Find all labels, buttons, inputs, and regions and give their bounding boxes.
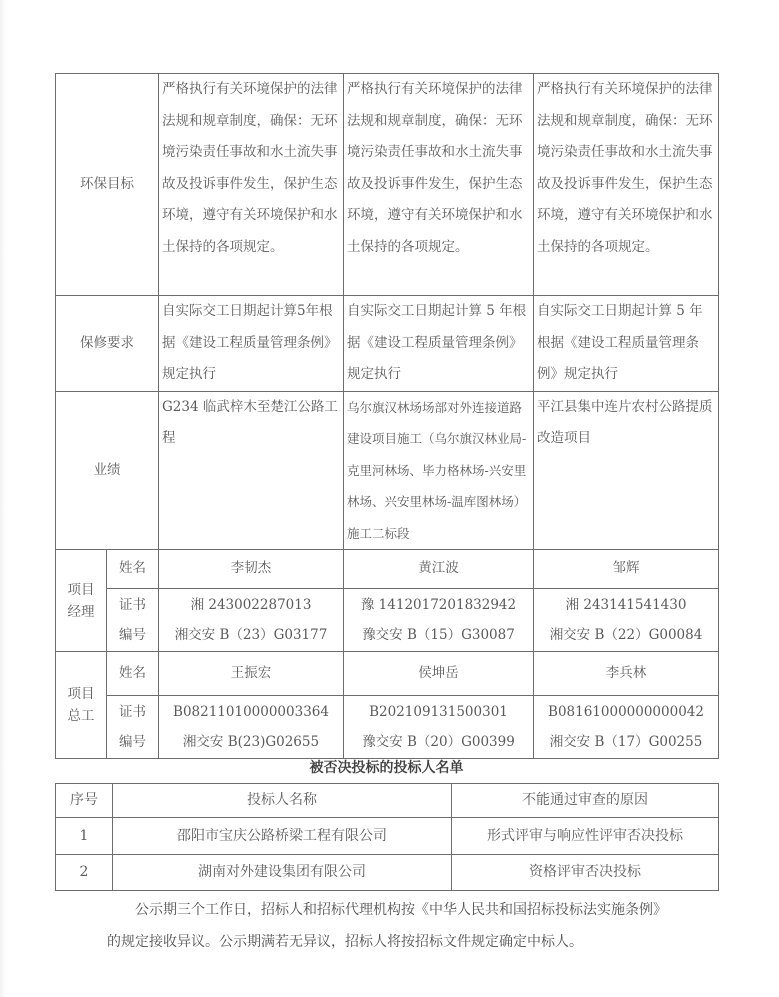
cert-number: 湘 243141541430 — [537, 590, 715, 620]
rejected-bidders-title: 被否决投标的投标人名单 — [55, 757, 718, 777]
header-reason: 不能通过审查的原因 — [452, 784, 719, 818]
label-line: 总工 — [59, 705, 103, 727]
label-line: 经理 — [59, 601, 103, 623]
name-label: 姓名 — [107, 550, 159, 589]
engineer-cert-2: B202109131500301 豫交安 B（20）G00399 — [344, 696, 534, 759]
header-no: 序号 — [56, 784, 113, 818]
manager-cert-3: 湘 243141541430 湘交安 B（22）G00084 — [534, 589, 719, 652]
row-reason: 形式评审与响应性评审否决投标 — [452, 818, 719, 855]
engineer-name-1: 王振宏 — [159, 652, 344, 696]
header-bidder-name: 投标人名称 — [113, 784, 452, 818]
row-label-performance: 业绩 — [56, 391, 159, 550]
maintenance-cell-2: 自实际交工日期起计算 5 年根据《建设工程质量管理条例》规定执行 — [344, 296, 534, 392]
row-reason: 资格评审否决投标 — [452, 855, 719, 891]
manager-name-1: 李韧杰 — [159, 550, 344, 589]
row-environment: 环保目标 严格执行有关环境保护的法律法规和规章制度，确保：无环境污染责任事故和水… — [56, 74, 719, 296]
row-maintenance: 保修要求 自实际交工日期起计算5年根据《建设工程质量管理条例》规定执行 自实际交… — [56, 296, 719, 392]
notice-paragraph: 公示期三个工作日，招标人和招标代理机构按《中华人民共和国招标投标法实施条例》的规… — [107, 894, 667, 958]
rejected-bidders-table: 序号 投标人名称 不能通过审查的原因 1 邵阳市宝庆公路桥梁工程有限公司 形式评… — [55, 783, 719, 891]
cert-number: B202109131500301 — [347, 697, 530, 727]
row-label-environment: 环保目标 — [56, 74, 159, 296]
row-no: 2 — [56, 855, 113, 891]
engineer-name-3: 李兵林 — [534, 652, 719, 696]
row-no: 1 — [56, 818, 113, 855]
engineer-name-2: 侯坤岳 — [344, 652, 534, 696]
header-row: 序号 投标人名称 不能通过审查的原因 — [56, 784, 719, 818]
row-manager-cert: 证书 编号 湘 243002287013 湘交安 B（23）G03177 豫 1… — [56, 589, 719, 652]
row-bidder-name: 邵阳市宝庆公路桥梁工程有限公司 — [113, 818, 452, 855]
cert-label: 证书 编号 — [107, 696, 159, 759]
notice-section: 公示期三个工作日，招标人和招标代理机构按《中华人民共和国招标投标法实施条例》的规… — [107, 894, 667, 958]
row-label-project-manager: 项目 经理 — [56, 550, 107, 652]
bid-comparison-table: 环保目标 严格执行有关环境保护的法律法规和规章制度，确保：无环境污染责任事故和水… — [55, 73, 719, 759]
cert-number: 豫 1412017201832942 — [347, 590, 530, 620]
row-engineer-name: 项目 总工 姓名 王振宏 侯坤岳 李兵林 — [56, 652, 719, 696]
label-line: 项目 — [59, 683, 103, 705]
label-line: 编号 — [110, 620, 155, 650]
safety-cert: 湘交安 B（22）G00084 — [537, 620, 715, 650]
label-line: 编号 — [110, 727, 155, 757]
document-page: 环保目标 严格执行有关环境保护的法律法规和规章制度，确保：无环境污染责任事故和水… — [0, 0, 779, 997]
row-label-chief-engineer: 项目 总工 — [56, 652, 107, 759]
environment-cell-1: 严格执行有关环境保护的法律法规和规章制度，确保：无环境污染责任事故和水土流失事故… — [159, 74, 344, 296]
safety-cert: 湘交安 B(23)G02655 — [162, 727, 340, 757]
manager-name-3: 邹辉 — [534, 550, 719, 589]
performance-cell-3: 平江县集中连片农村公路提质改造项目 — [534, 391, 719, 550]
name-label: 姓名 — [107, 652, 159, 696]
safety-cert: 湘交安 B（17）G00255 — [537, 727, 715, 757]
cert-number: B08161000000000042 — [537, 697, 715, 727]
row-engineer-cert: 证书 编号 B08211010000003364 湘交安 B(23)G02655… — [56, 696, 719, 759]
row-manager-name: 项目 经理 姓名 李韧杰 黄江波 邹辉 — [56, 550, 719, 589]
row-performance: 业绩 G234 临武梓木至楚江公路工程 乌尔旗汉林场场部对外连接道路建设项目施工… — [56, 391, 719, 550]
maintenance-cell-3: 自实际交工日期起计算 5 年根据《建设工程质量管理条例》规定执行 — [534, 296, 719, 392]
label-line: 项目 — [59, 579, 103, 601]
engineer-cert-1: B08211010000003364 湘交安 B(23)G02655 — [159, 696, 344, 759]
scan-edge — [0, 0, 6, 997]
performance-cell-1: G234 临武梓木至楚江公路工程 — [159, 391, 344, 550]
maintenance-cell-1: 自实际交工日期起计算5年根据《建设工程质量管理条例》规定执行 — [159, 296, 344, 392]
manager-name-2: 黄江波 — [344, 550, 534, 589]
manager-cert-2: 豫 1412017201832942 豫交安 B（15）G30087 — [344, 589, 534, 652]
engineer-cert-3: B08161000000000042 湘交安 B（17）G00255 — [534, 696, 719, 759]
safety-cert: 湘交安 B（23）G03177 — [162, 620, 340, 650]
safety-cert: 豫交安 B（20）G00399 — [347, 727, 530, 757]
label-line: 证书 — [110, 697, 155, 727]
label-line: 证书 — [110, 590, 155, 620]
cert-number: 湘 243002287013 — [162, 590, 340, 620]
table-row: 1 邵阳市宝庆公路桥梁工程有限公司 形式评审与响应性评审否决投标 — [56, 818, 719, 855]
cert-label: 证书 编号 — [107, 589, 159, 652]
performance-cell-2: 乌尔旗汉林场场部对外连接道路建设项目施工（乌尔旗汉林业局-克里河林场、毕力格林场… — [344, 391, 534, 550]
cert-number: B08211010000003364 — [162, 697, 340, 727]
table-row: 2 湖南对外建设集团有限公司 资格评审否决投标 — [56, 855, 719, 891]
environment-cell-3: 严格执行有关环境保护的法律法规和规章制度，确保：无环境污染责任事故和水土流失事故… — [534, 74, 719, 296]
environment-cell-2: 严格执行有关环境保护的法律法规和规章制度，确保：无环境污染责任事故和水土流失事故… — [344, 74, 534, 296]
safety-cert: 豫交安 B（15）G30087 — [347, 620, 530, 650]
manager-cert-1: 湘 243002287013 湘交安 B（23）G03177 — [159, 589, 344, 652]
row-label-maintenance: 保修要求 — [56, 296, 159, 392]
row-bidder-name: 湖南对外建设集团有限公司 — [113, 855, 452, 891]
